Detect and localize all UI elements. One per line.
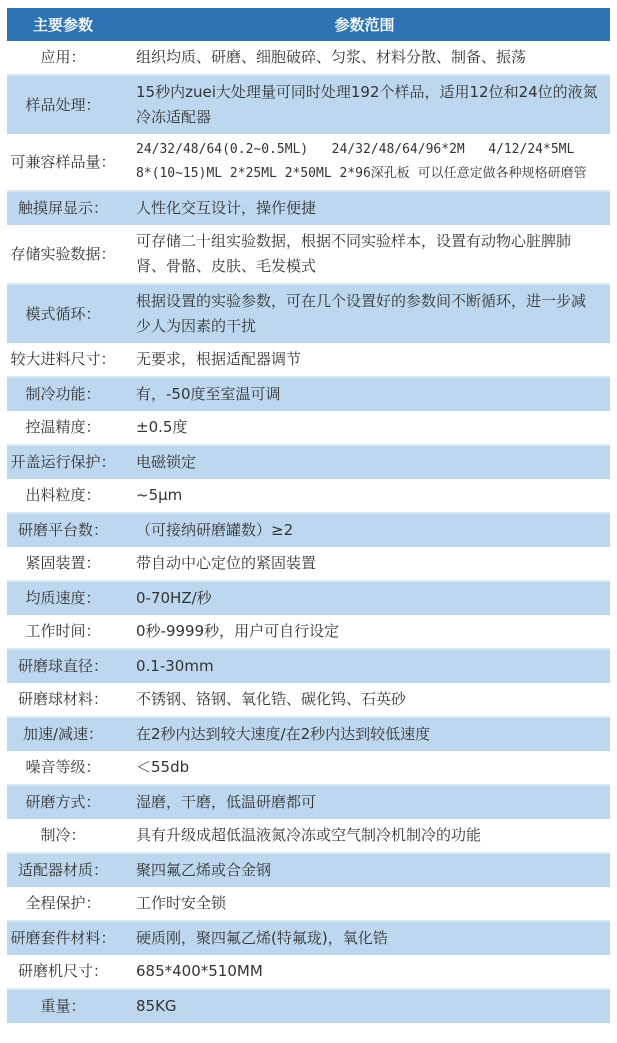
table-row: 加速/减速： 在2秒内达到较大速度/在2秒内达到较低速度 — [7, 716, 610, 751]
param-name: 研磨球材料： — [7, 687, 119, 712]
param-name: 应用： — [7, 45, 119, 70]
table-row: 均质速度： 0-70HZ/秒 — [7, 580, 610, 615]
spec-table: 主要参数 参数范围 应用： 组织均质、研磨、细胞破碎、匀浆、材料分散、制备、振荡… — [7, 8, 610, 1023]
table-row: 制冷功能： 有，-50度至室温可调 — [7, 376, 610, 411]
param-name: 控温精度： — [7, 415, 119, 440]
param-name: 较大进料尺寸： — [7, 347, 119, 372]
table-row: 研磨方式： 湿磨，干磨，低温研磨都可 — [7, 784, 610, 819]
table-row: 紧固装置： 带自动中心定位的紧固装置 — [7, 547, 610, 580]
param-name: 模式循环： — [7, 302, 119, 327]
param-name: 样品处理： — [7, 93, 119, 118]
param-value: 硬质刚，聚四氟乙烯(特氟珑)，氧化锆 — [119, 926, 610, 951]
param-name: 存储实验数据： — [7, 242, 119, 267]
table-row: 研磨平台数： （可接纳研磨罐数）≥2 — [7, 512, 610, 547]
param-name: 工作时间： — [7, 619, 119, 644]
param-value: 无要求，根据适配器调节 — [119, 347, 610, 372]
param-value: 电磁锁定 — [119, 450, 610, 475]
table-row: 存储实验数据： 可存储二十组实验数据，根据不同实验样本，设置有动物心脏脾肺肾、骨… — [7, 225, 610, 283]
table-row: 研磨机尺寸： 685*400*510MM — [7, 955, 610, 988]
param-name: 研磨机尺寸： — [7, 959, 119, 984]
param-value: 具有升级成超低温液氮冷冻或空气制冷机制冷的功能 — [119, 823, 610, 848]
param-name: 研磨球直径： — [7, 654, 119, 679]
table-row: 出料粒度： ~5μm — [7, 479, 610, 512]
table-row: 工作时间： 0秒-9999秒，用户可自行设定 — [7, 615, 610, 648]
param-name: 制冷： — [7, 823, 119, 848]
param-value: 湿磨，干磨，低温研磨都可 — [119, 790, 610, 815]
table-row: 较大进料尺寸： 无要求，根据适配器调节 — [7, 343, 610, 376]
param-value: ~5μm — [119, 483, 610, 508]
param-value: 可存储二十组实验数据，根据不同实验样本，设置有动物心脏脾肺肾、骨骼、皮肤、毛发模… — [119, 229, 610, 279]
table-row: 模式循环： 根据设置的实验参数，可在几个设置好的参数间不断循环，进一步减少人为因… — [7, 283, 610, 343]
table-row: 研磨球直径： 0.1-30mm — [7, 648, 610, 683]
table-row: 样品处理： 15秒内zuei大处理量可同时处理192个样品，适用12位和24位的… — [7, 74, 610, 134]
param-value: ＜55db — [119, 755, 610, 780]
param-value: 组织均质、研磨、细胞破碎、匀浆、材料分散、制备、振荡 — [119, 45, 610, 70]
param-name: 开盖运行保护： — [7, 450, 119, 475]
table-row: 研磨套件材料： 硬质刚，聚四氟乙烯(特氟珑)，氧化锆 — [7, 920, 610, 955]
param-name: 触摸屏显示： — [7, 196, 119, 221]
param-value: 15秒内zuei大处理量可同时处理192个样品，适用12位和24位的液氮冷冻适配… — [119, 80, 610, 130]
param-value: 685*400*510MM — [119, 959, 610, 984]
table-header-row: 主要参数 参数范围 — [7, 8, 610, 41]
param-value: ±0.5度 — [119, 415, 610, 440]
param-value: 带自动中心定位的紧固装置 — [119, 551, 610, 576]
table-row: 重量： 85KG — [7, 988, 610, 1023]
param-name: 全程保护： — [7, 891, 119, 916]
param-value: 人性化交互设计，操作便捷 — [119, 196, 610, 221]
table-row: 全程保护： 工作时安全锁 — [7, 887, 610, 920]
param-name: 制冷功能： — [7, 382, 119, 407]
table-row: 开盖运行保护： 电磁锁定 — [7, 444, 610, 479]
param-name: 加速/减速： — [7, 722, 119, 747]
param-value: 24/32/48/64(0.2~0.5ML) 24/32/48/64/96*2M… — [119, 138, 610, 186]
param-value: 0秒-9999秒，用户可自行设定 — [119, 619, 610, 644]
param-name: 研磨方式： — [7, 790, 119, 815]
table-row: 适配器材质： 聚四氟乙烯或合金钢 — [7, 852, 610, 887]
header-main-parameters: 主要参数 — [7, 14, 119, 35]
param-name: 适配器材质： — [7, 858, 119, 883]
table-row: 控温精度： ±0.5度 — [7, 411, 610, 444]
param-value: 0.1-30mm — [119, 654, 610, 679]
param-name: 噪音等级： — [7, 755, 119, 780]
table-row: 可兼容样品量： 24/32/48/64(0.2~0.5ML) 24/32/48/… — [7, 134, 610, 190]
page: 主要参数 参数范围 应用： 组织均质、研磨、细胞破碎、匀浆、材料分散、制备、振荡… — [0, 0, 617, 1043]
param-name: 可兼容样品量： — [7, 150, 119, 175]
param-name: 研磨套件材料： — [7, 926, 119, 951]
param-name: 紧固装置： — [7, 551, 119, 576]
table-row: 触摸屏显示： 人性化交互设计，操作便捷 — [7, 190, 610, 225]
param-value: 根据设置的实验参数，可在几个设置好的参数间不断循环，进一步减少人为因素的干扰 — [119, 289, 610, 339]
param-value: 不锈钢、铬钢、氧化锆、碳化钨、石英砂 — [119, 687, 610, 712]
table-row: 制冷： 具有升级成超低温液氮冷冻或空气制冷机制冷的功能 — [7, 819, 610, 852]
param-value: 有，-50度至室温可调 — [119, 382, 610, 407]
header-parameter-range: 参数范围 — [119, 14, 610, 35]
param-name: 出料粒度： — [7, 483, 119, 508]
param-name: 重量： — [7, 994, 119, 1019]
param-value: 0-70HZ/秒 — [119, 586, 610, 611]
param-value: 聚四氟乙烯或合金钢 — [119, 858, 610, 883]
param-name: 均质速度： — [7, 586, 119, 611]
param-value: 在2秒内达到较大速度/在2秒内达到较低速度 — [119, 722, 610, 747]
param-value: 工作时安全锁 — [119, 891, 610, 916]
param-value: 85KG — [119, 994, 610, 1019]
table-row: 应用： 组织均质、研磨、细胞破碎、匀浆、材料分散、制备、振荡 — [7, 41, 610, 74]
param-value: （可接纳研磨罐数）≥2 — [119, 518, 610, 543]
table-row: 噪音等级： ＜55db — [7, 751, 610, 784]
table-row: 研磨球材料： 不锈钢、铬钢、氧化锆、碳化钨、石英砂 — [7, 683, 610, 716]
param-name: 研磨平台数： — [7, 518, 119, 543]
